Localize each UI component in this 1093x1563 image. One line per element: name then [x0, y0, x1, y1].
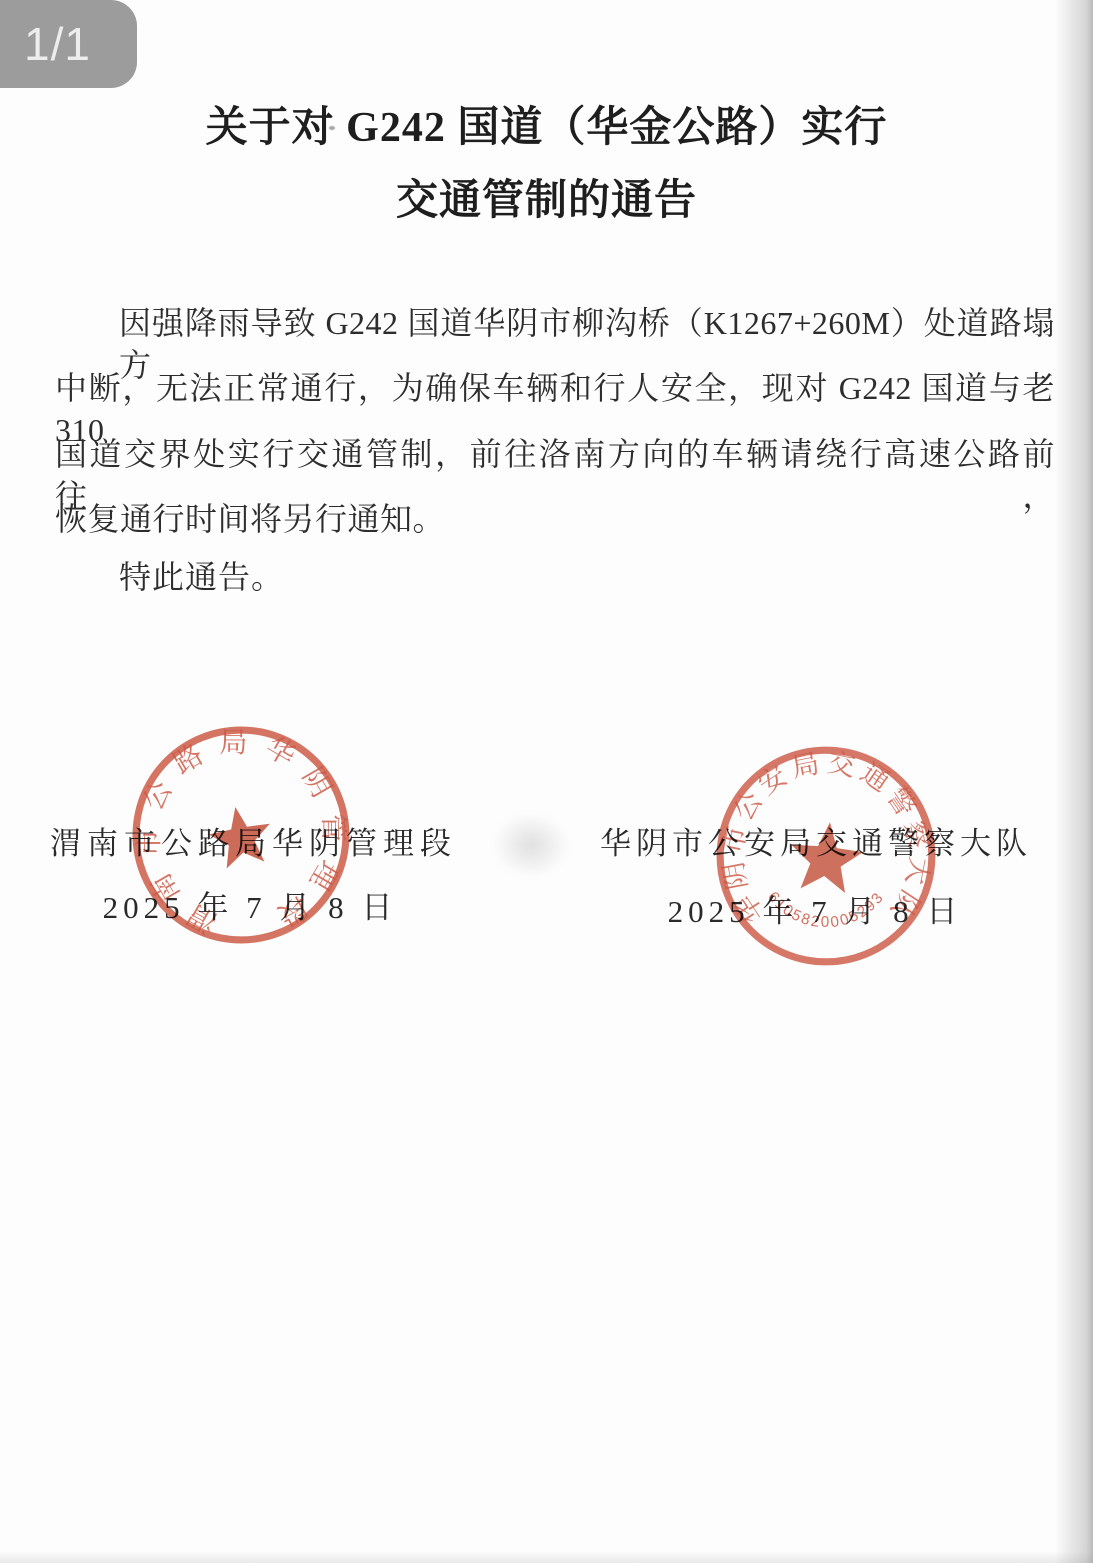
notice-title-line2: 交通管制的通告 — [0, 174, 1093, 228]
scan-speck — [329, 126, 335, 130]
scanned-notice-page: 1/1 关于对 G242 国道（华金公路）实行 交通管制的通告 因强降雨导致 G… — [0, 0, 1093, 1563]
scan-edge-shadow-bottom — [0, 1551, 1093, 1563]
closing-statement: 特此通告。 — [119, 552, 284, 598]
scan-smudge — [492, 812, 570, 878]
scan-edge-shadow-right — [1055, 0, 1093, 1563]
right-official-seal: 华阴市公安局交通警察大队 6105820005293 — [712, 742, 940, 970]
seal-star-icon — [205, 802, 276, 871]
body-line-4: 恢复通行时间将另行通知。 — [55, 498, 1055, 540]
notice-title-line1: 关于对 G242 国道（华金公路）实行 — [0, 101, 1093, 155]
page-number-badge: 1/1 — [0, 0, 137, 88]
left-official-seal: 渭南市公路局华阴管理段 — [128, 722, 354, 948]
page-number-label: 1/1 — [24, 17, 91, 71]
seal-star-icon — [787, 818, 866, 894]
seal-code-text: 6105820005293 — [764, 889, 888, 932]
